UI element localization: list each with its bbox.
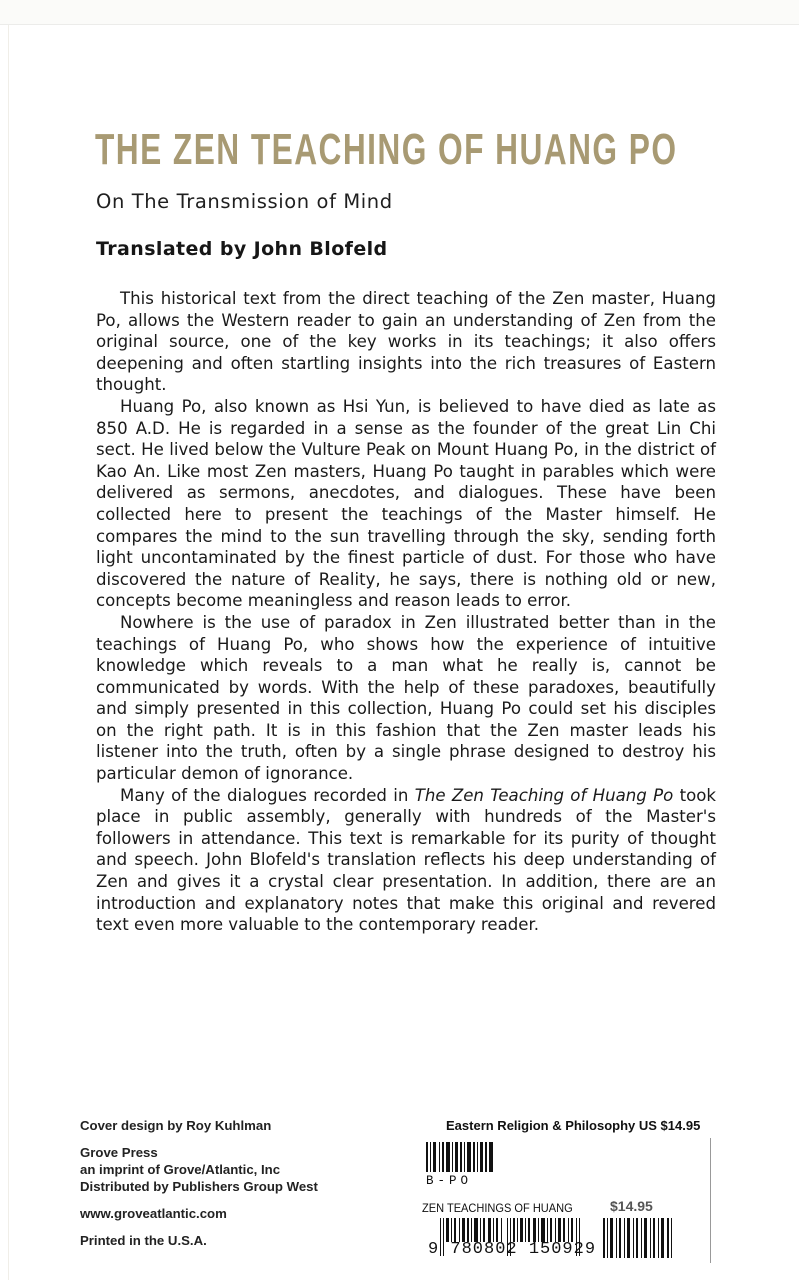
blurb-paragraph: Many of the dialogues recorded in The Ze… bbox=[96, 785, 716, 936]
book-title: THE ZEN TEACHING OF HUANG PO bbox=[95, 126, 677, 174]
distributor-line: Distributed by Publishers Group West bbox=[80, 1178, 318, 1195]
scan-top-edge bbox=[0, 0, 799, 25]
isbn-number: 9 780802 150929 bbox=[428, 1240, 596, 1259]
book-subtitle: On The Transmission of Mind bbox=[96, 190, 393, 213]
imprint-line: an imprint of Grove/Atlantic, Inc bbox=[80, 1161, 318, 1178]
printed-in: Printed in the U.S.A. bbox=[80, 1232, 318, 1249]
blurb-text: took place in public assembly, generally… bbox=[96, 786, 716, 935]
blurb-paragraph: Nowhere is the use of paradox in Zen ill… bbox=[96, 612, 716, 785]
sticker-price: $14.95 bbox=[610, 1198, 653, 1214]
blurb-text: Many of the dialogues recorded in bbox=[120, 786, 415, 805]
translator-credit: Translated by John Blofeld bbox=[96, 238, 388, 260]
blurb-paragraph: This historical text from the direct tea… bbox=[96, 288, 716, 396]
blurb: This historical text from the direct tea… bbox=[96, 288, 716, 936]
website: www.groveatlantic.com bbox=[80, 1205, 318, 1222]
sticker-edge bbox=[710, 1138, 711, 1263]
publisher-credits: Cover design by Roy Kuhlman Grove Press … bbox=[80, 1117, 318, 1259]
store-barcode-icon bbox=[426, 1142, 496, 1172]
publisher-block: Grove Press an imprint of Grove/Atlantic… bbox=[80, 1144, 318, 1195]
sticker-book-name: ZEN TEACHINGS OF HUANG bbox=[422, 1201, 573, 1215]
publisher-name: Grove Press bbox=[80, 1144, 318, 1161]
category-price-line: Eastern Religion & Philosophy US $14.95 bbox=[446, 1118, 700, 1133]
book-title-italic: The Zen Teaching of Huang Po bbox=[415, 786, 674, 805]
price-sticker: Eastern Religion & Philosophy US $14.95 … bbox=[420, 1118, 725, 1268]
price-barcode-icon bbox=[603, 1218, 673, 1258]
store-code: B-PO bbox=[426, 1174, 472, 1188]
cover-design-credit: Cover design by Roy Kuhlman bbox=[80, 1117, 318, 1134]
blurb-paragraph: Huang Po, also known as Hsi Yun, is beli… bbox=[96, 396, 716, 612]
